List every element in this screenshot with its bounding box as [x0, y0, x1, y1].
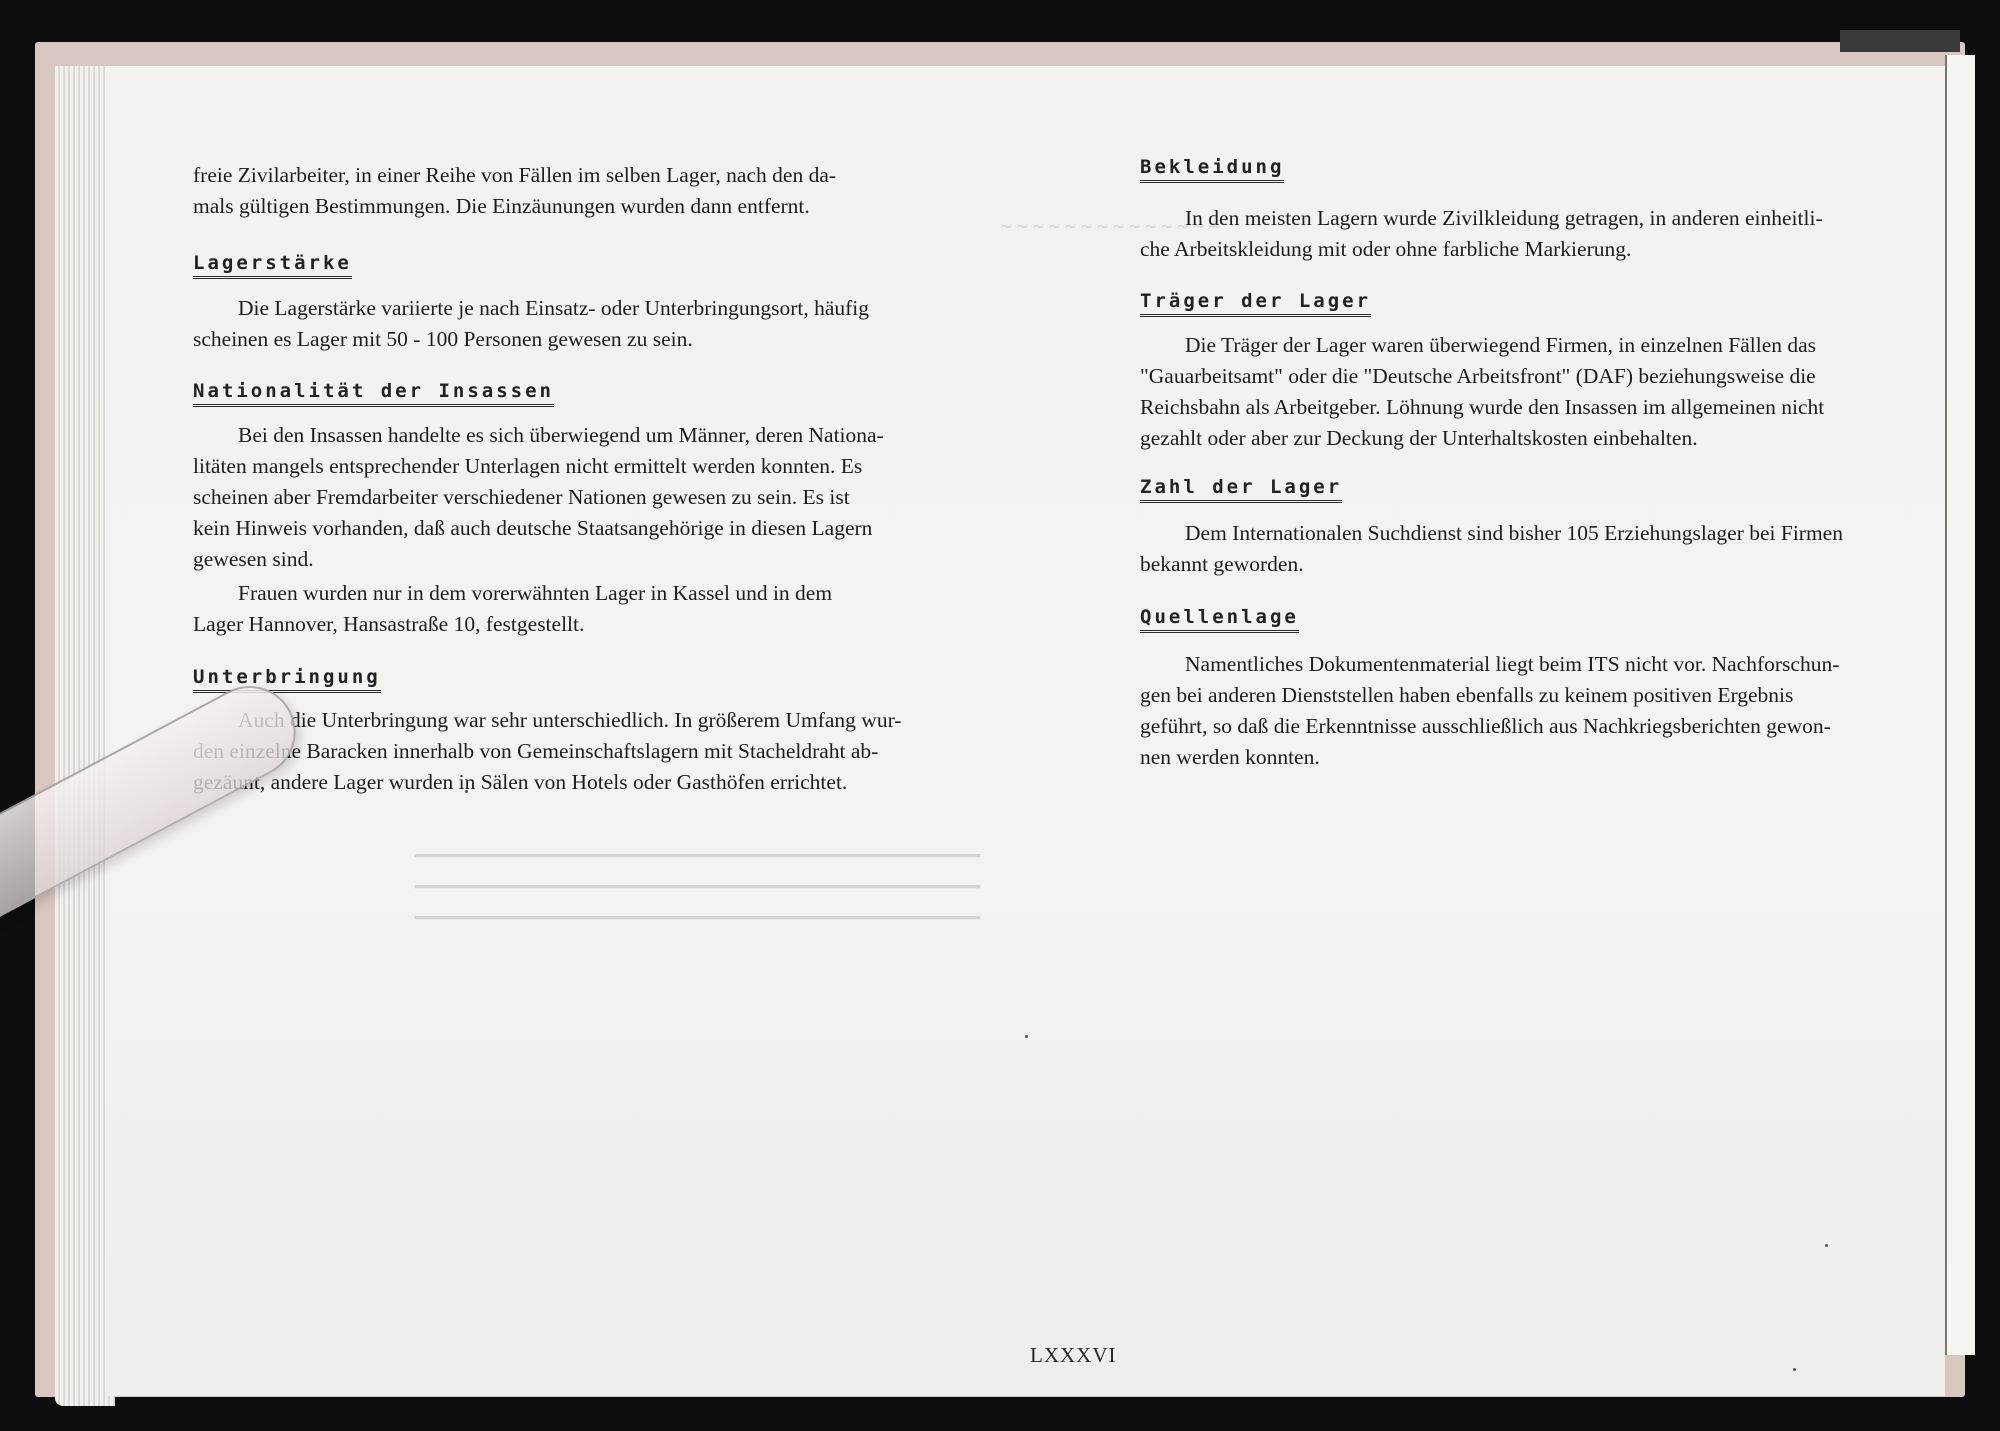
- text-line: che Arbeitskleidung mit oder ohne farbli…: [1140, 234, 1945, 265]
- paper-speck: [465, 790, 468, 793]
- section-heading: Zahl der Lager: [1140, 476, 1342, 503]
- text-line: gewesen sind.: [193, 544, 998, 575]
- text-line: den einzelne Baracken innerhalb von Geme…: [193, 736, 998, 767]
- text-line: Auch die Unterbringung war sehr untersch…: [238, 705, 998, 736]
- section-heading: Nationalität der Insassen: [193, 380, 554, 407]
- text-line: gezahlt oder aber zur Deckung der Unterh…: [1140, 423, 1945, 454]
- text-line: Die Träger der Lager waren überwiegend F…: [1185, 330, 1945, 361]
- paper-speck: [1793, 1368, 1796, 1371]
- text-line: Bei den Insassen handelte es sich überwi…: [238, 420, 998, 451]
- section-bekleidung: Bekleidung: [1140, 156, 1284, 183]
- intro-paragraph: freie Zivilarbeiter, in einer Reihe von …: [193, 160, 993, 222]
- section-heading: Träger der Lager: [1140, 290, 1371, 317]
- text-line: scheinen es Lager mit 50 - 100 Personen …: [193, 324, 998, 355]
- text-line: gen bei anderen Dienststellen haben eben…: [1140, 680, 1945, 711]
- text-line: freie Zivilarbeiter, in einer Reihe von …: [193, 160, 993, 191]
- text-line: Namentliches Dokumentenmaterial liegt be…: [1185, 649, 1945, 680]
- section-paragraph: Die Lagerstärke variierte je nach Einsat…: [193, 293, 998, 355]
- section-heading: Lagerstärke: [193, 252, 352, 279]
- text-line: nen werden konnten.: [1140, 742, 1945, 773]
- paper-speck: [1825, 1244, 1828, 1247]
- section-paragraph: Bei den Insassen handelte es sich überwi…: [193, 420, 998, 575]
- next-page-edge: [1945, 55, 1975, 1355]
- section-paragraph: Auch die Unterbringung war sehr untersch…: [193, 705, 998, 798]
- page-number: LXXXVI: [1030, 1343, 1116, 1368]
- section-paragraph: Namentliches Dokumentenmaterial liegt be…: [1140, 649, 1945, 773]
- section-zahl: Zahl der Lager: [1140, 476, 1342, 503]
- section-traeger: Träger der Lager: [1140, 290, 1371, 317]
- text-line: "Gauarbeitsamt" oder die "Deutsche Arbei…: [1140, 361, 1945, 392]
- text-line: bekannt geworden.: [1140, 549, 1945, 580]
- text-line: Dem Internationalen Suchdienst sind bish…: [1185, 518, 1945, 549]
- section-paragraph: Die Träger der Lager waren überwiegend F…: [1140, 330, 1945, 454]
- text-line: geführt, so daß die Erkenntnisse ausschl…: [1140, 711, 1945, 742]
- section-unterbringung: Unterbringung: [193, 666, 381, 693]
- section-heading: Unterbringung: [193, 666, 381, 693]
- section-quellenlage: Quellenlage: [1140, 606, 1299, 633]
- text-line: gezäunt, andere Lager wurden in Sälen vo…: [193, 767, 998, 798]
- text-line: Lager Hannover, Hansastraße 10, festgest…: [193, 609, 998, 640]
- section-paragraph: In den meisten Lagern wurde Zivilkleidun…: [1140, 203, 1945, 265]
- section-nationalitaet: Nationalität der Insassen: [193, 380, 554, 407]
- section-heading: Bekleidung: [1140, 156, 1284, 183]
- text-line: In den meisten Lagern wurde Zivilkleidun…: [1185, 203, 1945, 234]
- text-line: mals gültigen Bestimmungen. Die Einzäunu…: [193, 191, 993, 222]
- text-line: scheinen aber Fremdarbeiter verschiedene…: [193, 482, 998, 513]
- text-line: Reichsbahn als Arbeitgeber. Löhnung wurd…: [1140, 392, 1945, 423]
- text-line: Frauen wurden nur in dem vorerwähnten La…: [238, 578, 998, 609]
- book-spine-top: [1840, 30, 1960, 52]
- section-heading: Quellenlage: [1140, 606, 1299, 633]
- section-lagerstaerke: Lagerstärke: [193, 252, 352, 279]
- section-paragraph: Dem Internationalen Suchdienst sind bish…: [1140, 518, 1945, 580]
- text-line: Die Lagerstärke variierte je nach Einsat…: [238, 293, 998, 324]
- text-line: kein Hinweis vorhanden, daß auch deutsch…: [193, 513, 998, 544]
- paper-speck: [1025, 1035, 1028, 1038]
- section-paragraph: Frauen wurden nur in dem vorerwähnten La…: [193, 578, 998, 640]
- text-line: litäten mangels entsprechender Unterlage…: [193, 451, 998, 482]
